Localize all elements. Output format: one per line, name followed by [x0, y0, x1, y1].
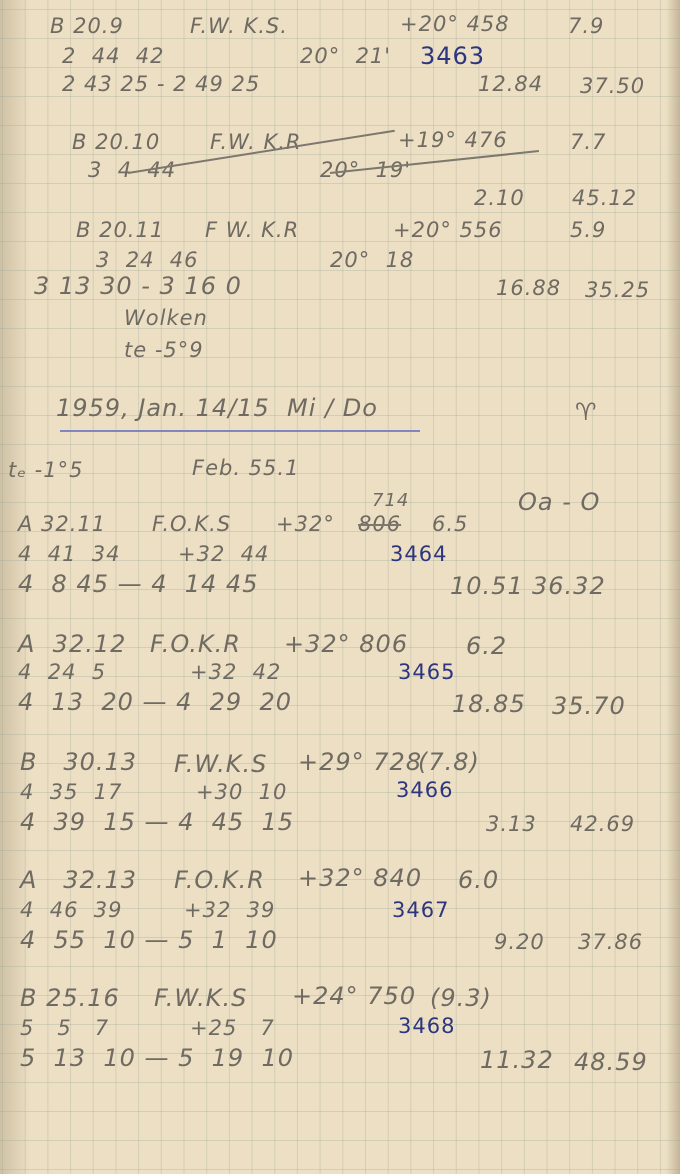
entry-4-code: F.O.K.S	[152, 512, 231, 536]
entry-6-label: B 30.13	[20, 748, 137, 776]
entry-1-code: F.W. K.S.	[190, 14, 288, 38]
entry-8-pos: +25 7	[190, 1016, 275, 1040]
entry-3-val2: 35.25	[585, 278, 650, 302]
entry-5-time: 4 24 5	[18, 660, 106, 684]
entry-7-val1: 9.20	[494, 930, 545, 954]
entry-6-mag: (7.8)	[418, 748, 480, 776]
entry-1-decl: +20° 458	[400, 12, 510, 36]
condition-pressure: Feb. 55.1	[192, 456, 299, 480]
notebook-page: B 20.9 F.W. K.S. +20° 458 7.9 2 44 42 20…	[0, 0, 680, 1174]
entry-3-interval: 3 13 30 - 3 16 0	[34, 272, 242, 300]
entry-8-time: 5 5 7	[20, 1016, 109, 1040]
entry-8-mag: (9.3)	[430, 984, 492, 1012]
entry-3-code: F W. K.R	[205, 218, 299, 242]
note-temperature: te -5°9	[124, 338, 204, 362]
entry-5-pos: +32 42	[190, 660, 281, 684]
entry-7-label: A 32.13	[20, 866, 137, 894]
entry-5-mag: 6.2	[466, 632, 507, 660]
entry-4-decl-corrected: 714	[372, 490, 409, 511]
entry-2-val2: 45.12	[572, 186, 637, 210]
entry-6-code: F.W.K.S	[174, 750, 267, 778]
entry-2-mag: 7.7	[570, 130, 606, 154]
entry-4-interval: 4 8 45 — 4 14 45	[18, 570, 258, 598]
entry-6-interval: 4 39 15 — 4 45 15	[20, 808, 294, 836]
entry-5-label: A 32.12	[18, 630, 126, 658]
entry-2-decl: +19° 476	[398, 128, 508, 152]
entry-3-val1: 16.88	[496, 276, 561, 300]
entry-4-label: A 32.11	[18, 512, 106, 536]
entry-4-val2: 36.32	[532, 572, 606, 600]
entry-8-val1: 11.32	[480, 1046, 554, 1074]
entry-4-decl-old: 806	[358, 512, 401, 536]
entry-5-code: F.O.K.R	[150, 630, 241, 658]
entry-4-mag: 6.5	[432, 512, 468, 536]
entry-8-label: B 25.16	[20, 984, 120, 1012]
entry-6-val1: 3.13	[486, 812, 537, 836]
entry-3-time: 3 24 46	[96, 248, 199, 272]
entry-8-code: F.W.K.S	[154, 984, 247, 1012]
note-clouds: Wolken	[124, 306, 208, 330]
condition-note: Oa - O	[518, 488, 600, 516]
entry-1-label: B 20.9	[50, 14, 124, 38]
entry-8-plate-number: 3468	[398, 1014, 455, 1038]
entry-4-pos: +32 44	[178, 542, 269, 566]
entry-6-val2: 42.69	[570, 812, 635, 836]
date-symbol: ♈	[575, 398, 598, 426]
entry-1-plate-number: 3463	[420, 42, 485, 70]
entry-6-plate-number: 3466	[396, 778, 453, 802]
entry-1-mag: 7.9	[568, 14, 604, 38]
entry-7-interval: 4 55 10 — 5 1 10	[20, 926, 278, 954]
entry-5-plate-number: 3465	[398, 660, 455, 684]
entry-1-interval: 2 43 25 - 2 49 25	[62, 72, 260, 96]
entry-5-interval: 4 13 20 — 4 29 20	[18, 688, 292, 716]
entry-7-val2: 37.86	[578, 930, 643, 954]
entry-7-plate-number: 3467	[392, 898, 449, 922]
entry-5-val2: 35.70	[552, 692, 626, 720]
entry-5-decl: +32° 806	[284, 630, 408, 658]
entry-2-code: F.W. K.R	[210, 130, 302, 154]
entry-1-val1: 12.84	[478, 72, 543, 96]
entry-3-decl: +20° 556	[393, 218, 503, 242]
entry-3-label: B 20.11	[76, 218, 164, 242]
entry-4-val1: 10.51	[450, 572, 524, 600]
entry-3-pos: 20° 18	[330, 248, 414, 272]
entry-3-mag: 5.9	[570, 218, 606, 242]
entry-4-decl: +32°	[276, 512, 335, 536]
entry-8-val2: 48.59	[574, 1048, 648, 1076]
entry-6-decl: +29° 728	[298, 748, 422, 776]
entry-1-time: 2 44 42	[62, 44, 165, 68]
entry-1-val2: 37.50	[580, 74, 645, 98]
entry-8-interval: 5 13 10 — 5 19 10	[20, 1044, 294, 1072]
entry-2-val1: 2.10	[474, 186, 525, 210]
entry-4-time: 4 41 34	[18, 542, 121, 566]
entry-7-time: 4 46 39	[20, 898, 123, 922]
entry-6-pos: +30 10	[196, 780, 287, 804]
entry-7-mag: 6.0	[458, 866, 499, 894]
entry-7-pos: +32 39	[184, 898, 275, 922]
entry-8-decl: +24° 750	[292, 982, 416, 1010]
entry-7-code: F.O.K.R	[174, 866, 265, 894]
entry-5-val1: 18.85	[452, 690, 526, 718]
entry-2-time: 3 4 44	[88, 158, 176, 182]
entry-1-pos: 20° 21'	[300, 44, 391, 68]
date-heading-underline	[60, 430, 420, 432]
condition-temperature: tₑ -1°5	[8, 458, 83, 482]
entry-4-plate-number: 3464	[390, 542, 447, 566]
entry-6-time: 4 35 17	[20, 780, 123, 804]
entry-2-label: B 20.10	[72, 130, 160, 154]
entry-7-decl: +32° 840	[298, 864, 422, 892]
date-heading: 1959, Jan. 14/15 Mi / Do	[56, 394, 378, 422]
